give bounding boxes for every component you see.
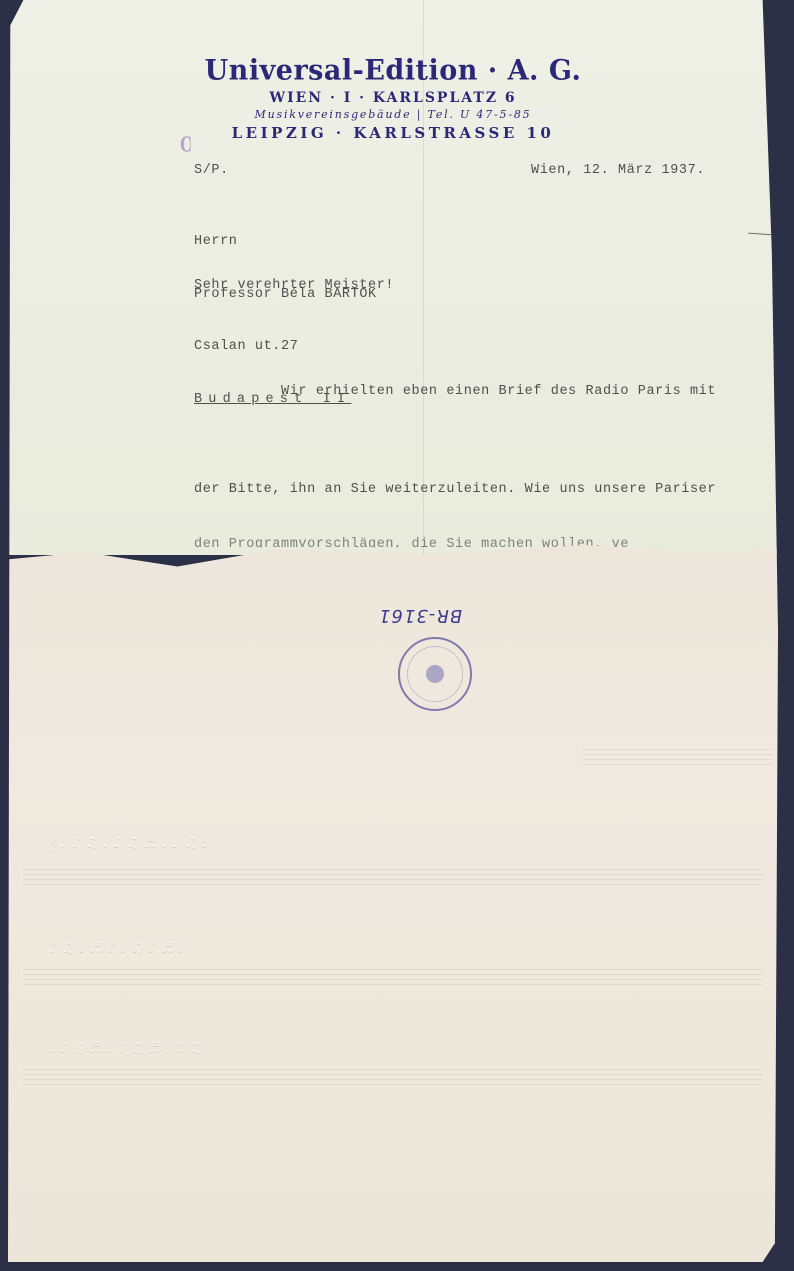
letterhead: Universal-Edition · A. G. WIEN · I · KAR… [178, 55, 608, 143]
letter-date: Wien, 12. März 1937. [531, 163, 705, 178]
recipient-salutation-line: Herrn [194, 233, 377, 251]
embossed-notation: ♩ ♪ ♫ ♬ ♩ ♪ ♫ ♬ ♩ ♪ ♫ [48, 1040, 202, 1056]
paper-tear [748, 233, 788, 241]
letter-lower-sheet: 𝄞 ♩ ♪ ♫ ♩ ♪ ♫ ♬ ♩ ♪ ♫ ♩ ♪ ♫ ♩ ♬ ♪ ♩ ♫ ♪ … [8, 545, 778, 1262]
body-line: der Bitte, ihn an Sie weiterzuleiten. Wi… [194, 474, 733, 507]
embossed-staff [23, 965, 763, 987]
embossed-staff [583, 745, 773, 767]
archive-number: BR-3161 [378, 605, 462, 626]
letterhead-vienna-address: WIEN · I · KARLSPLATZ 6 [178, 89, 608, 107]
embossed-notation: 𝄞 ♩ ♪ ♫ ♩ ♪ ♫ ♬ ♩ ♪ ♫ ♩ [48, 835, 209, 851]
embossed-staff [23, 865, 763, 887]
letter-upper-sheet: Universal-Edition · A. G. WIEN · I · KAR… [8, 0, 778, 555]
body-line: Wir erhielten eben einen Brief des Radio… [194, 376, 733, 409]
salutation: Sehr verehrter Meister! [194, 278, 394, 293]
reference-code: S/P. [194, 163, 229, 178]
library-seal [398, 637, 472, 711]
letterhead-company: Universal-Edition · A. G. [178, 54, 608, 88]
embossed-staff [23, 1065, 763, 1087]
letterhead-leipzig-address: LEIPZIG · KARLSTRASSE 10 [178, 123, 608, 143]
letterhead-phone: Musikvereinsgebäude | Tel. U 47-5-85 [178, 107, 608, 123]
embossed-notation: ♪ ♫ ♩ ♬ ♪ ♩ ♫ ♪ ♬ ♩ [48, 940, 185, 956]
seal-ring [407, 646, 463, 702]
letter-page: Universal-Edition · A. G. WIEN · I · KAR… [8, 0, 778, 1262]
seal-emblem-icon [426, 665, 444, 683]
